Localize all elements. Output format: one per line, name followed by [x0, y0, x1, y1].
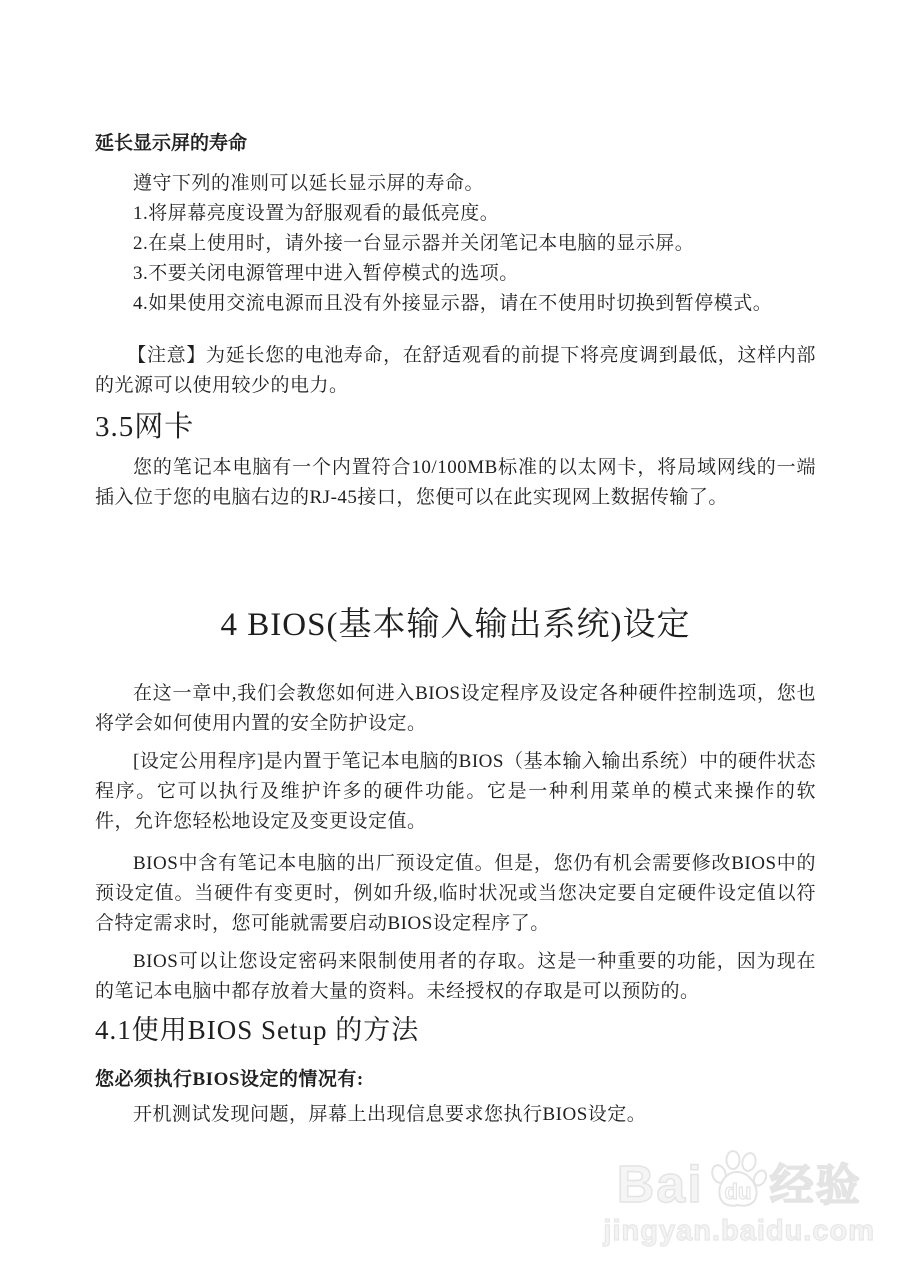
- bios-setup-lead: 您必须执行BIOS设定的情况有:: [95, 1065, 816, 1095]
- bios-chapter-title: 4 BIOS(基本输入输出系统)设定: [95, 603, 816, 647]
- watermark-url: jingyan.baidu.com: [603, 1215, 875, 1248]
- network-card-paragraph: 您的笔记本电脑有一个内置符合10/100MB标准的以太网卡，将局域网线的一端插入…: [95, 453, 816, 513]
- network-card-heading: 3.5网卡: [95, 409, 816, 445]
- list-item: 2.在桌上使用时，请外接一台显示器并关闭笔记本电脑的显示屏。: [95, 229, 816, 259]
- bios-paragraph: BIOS中含有笔记本电脑的出厂预设定值。但是，您仍有机会需要修改BIOS中的预设…: [95, 849, 816, 939]
- display-lifespan-list: 1.将屏幕亮度设置为舒服观看的最低亮度。 2.在桌上使用时，请外接一台显示器并关…: [95, 199, 816, 319]
- attention-note: 【注意】为延长您的电池寿命，在舒适观看的前提下将亮度调到最低，这样内部的光源可以…: [95, 341, 816, 401]
- baidu-paw-icon: du: [705, 1148, 769, 1217]
- list-item: 4.如果使用交流电源而且没有外接显示器，请在不使用时切换到暂停模式。: [95, 289, 816, 319]
- bios-paragraph: 在这一章中,我们会教您如何进入BIOS设定程序及设定各种硬件控制选项，您也将学会…: [95, 679, 816, 739]
- display-lifespan-intro: 遵守下列的准则可以延长显示屏的寿命。: [95, 169, 816, 199]
- watermark-paw-text: du: [724, 1179, 751, 1204]
- baidu-jingyan-watermark: Bai du 经验 jingyan.baidu.com: [603, 1148, 875, 1248]
- document-page: 延长显示屏的寿命 遵守下列的准则可以延长显示屏的寿命。 1.将屏幕亮度设置为舒服…: [0, 0, 906, 1130]
- bios-paragraph: [设定公用程序]是内置于笔记本电脑的BIOS（基本输入输出系统）中的硬件状态程序…: [95, 747, 816, 837]
- list-item: 3.不要关闭电源管理中进入暂停模式的选项。: [95, 259, 816, 289]
- watermark-brand-cn: 经验: [770, 1161, 862, 1211]
- bios-setup-paragraph: 开机测试发现问题，屏幕上出现信息要求您执行BIOS设定。: [95, 1100, 816, 1130]
- watermark-brand-left: Bai: [617, 1159, 704, 1211]
- list-item: 1.将屏幕亮度设置为舒服观看的最低亮度。: [95, 199, 816, 229]
- display-lifespan-heading: 延长显示屏的寿命: [95, 133, 816, 155]
- bios-paragraph: BIOS可以让您设定密码来限制使用者的存取。这是一种重要的功能，因为现在的笔记本…: [95, 947, 816, 1007]
- bios-setup-heading: 4.1使用BIOS Setup 的方法: [95, 1013, 816, 1047]
- watermark-logo-row: Bai du 经验: [603, 1148, 875, 1211]
